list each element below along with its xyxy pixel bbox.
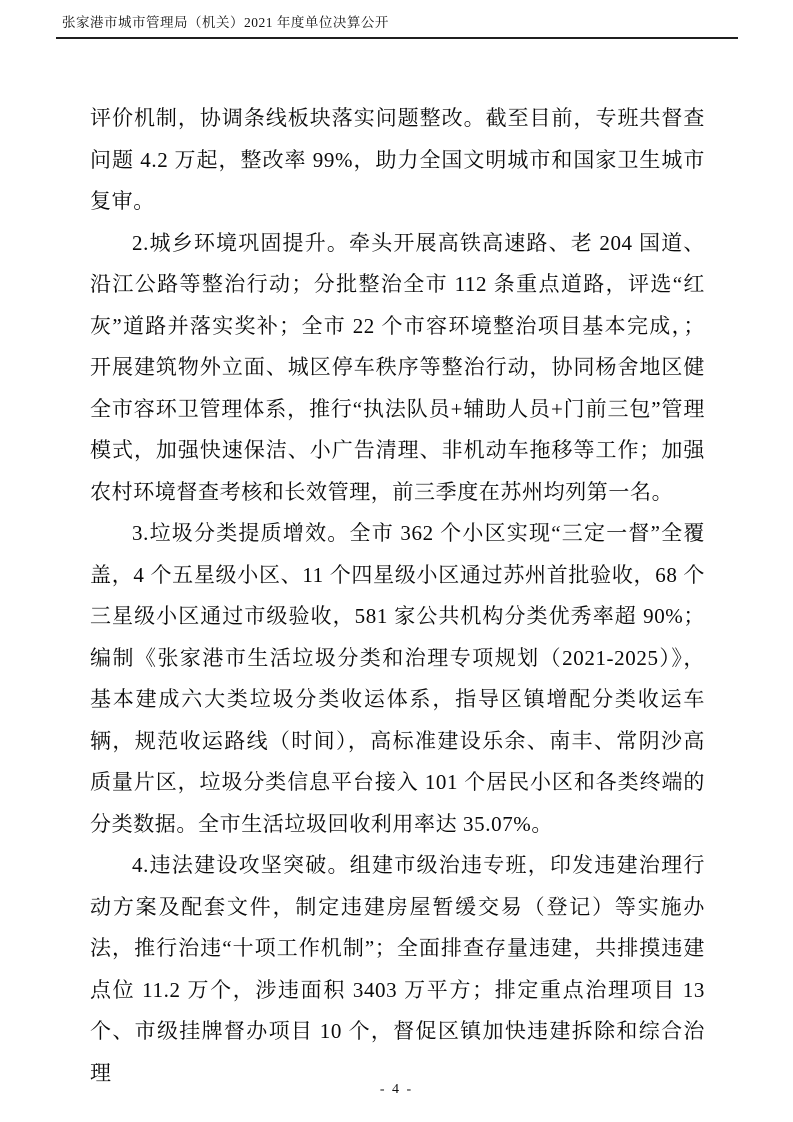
page-header-title: 张家港市城市管理局（机关）2021 年度单位决算公开: [56, 14, 738, 32]
page-number: - 4 -: [380, 1082, 413, 1097]
document-page: 张家港市城市管理局（机关）2021 年度单位决算公开 评价机制，协调条线板块落实…: [0, 0, 793, 1122]
body-paragraph-item-4: 4.违法建设攻坚突破。组建市级治违专班，印发违建治理行动方案及配套文件，制定违建…: [90, 845, 705, 1094]
body-paragraph-continuation: 评价机制，协调条线板块落实问题整改。截至目前，专班共督查问题 4.2 万起，整改…: [90, 98, 705, 223]
page-footer: - 4 -: [0, 1082, 793, 1098]
body-paragraph-item-2: 2.城乡环境巩固提升。牵头开展高铁高速路、老 204 国道、沿江公路等整治行动；…: [90, 223, 705, 514]
body-paragraph-item-3: 3.垃圾分类提质增效。全市 362 个小区实现“三定一督”全覆盖，4 个五星级小…: [90, 513, 705, 845]
page-header: 张家港市城市管理局（机关）2021 年度单位决算公开: [56, 14, 738, 39]
document-body: 评价机制，协调条线板块落实问题整改。截至目前，专班共督查问题 4.2 万起，整改…: [90, 98, 705, 1094]
